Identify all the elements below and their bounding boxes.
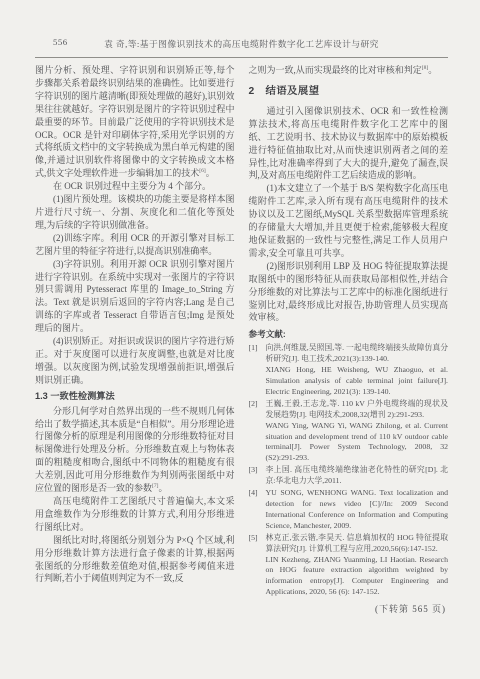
reference-line: XIANG Hong, HE Weisheng, WU Zhaoguo, et … — [266, 365, 449, 398]
paragraph: (2)训练字库。利用 OCR 的开源引擎对目标工艺图片里的特征字符进行,以提高识… — [35, 232, 235, 258]
reference-label: [3] — [249, 465, 266, 487]
reference-line: 林克正,张云锴,李昊天. 信息熵加权的 HOG 特征提取算法研究[J]. 计算机… — [266, 533, 449, 555]
reference-line: 王巍,王毅,王志龙,等. 110 kV 户外电缆终端的现状及发展趋势[J]. 电… — [266, 399, 449, 421]
paragraph: 之则为一致,从而实现最终的比对审核和判定[8]。 — [249, 64, 449, 77]
paragraph: 高压电缆附件工艺图纸尺寸普遍偏大,本文采用盒维数作为分形维数的计算方式,利用分形… — [35, 495, 235, 534]
reference-label: [2] — [249, 399, 266, 464]
paragraph: 图片分析、预处理、字符识别和识别矫正等,每个步骤都关系着最终识别结果的准确性。比… — [35, 64, 235, 180]
ref-heading: 参考文献: — [249, 329, 449, 340]
left-column: 图片分析、预处理、字符识别和识别矫正等,每个步骤都关系着最终识别结果的准确性。比… — [35, 64, 235, 624]
reference-item: [1]向洪,何维晟,吴照国,等. 一起电缆终端接头故障仿真分析研究[J]. 电工… — [249, 343, 449, 398]
continuation: (下转第 565 页) — [249, 603, 449, 615]
reference-line: LIN Kezheng, ZHANG Yuanming, LI Haotian.… — [266, 555, 449, 599]
reference-line: YU SONG, WENHONG WANG. Text localization… — [266, 488, 449, 532]
paragraph: 通过引入图像识别技术、OCR 和一致性检测算法技术,将高压电缆附件数字化工艺库中… — [249, 105, 449, 182]
paragraph: (1)图片预处理。该模块的功能主要是将样本图片进行尺寸统一、分割、灰度化和二值化… — [35, 193, 235, 232]
sub-heading: 1.3 一致性检测算法 — [35, 390, 235, 403]
paragraph: (4)识别矫正。对拒识或误识的图片字符进行矫正。对于灰度图可以进行灰度调整,也就… — [35, 335, 235, 387]
reference-body: 李上国. 高压电缆终端绝缘油老化特性的研究[D]. 北京:华北电力大学,2011… — [266, 465, 449, 487]
paragraph: (3)字符识别。利用开源 OCR 识别引擎对图片进行字符识别。在系统中实现对一张… — [35, 258, 235, 335]
paragraph: 图纸比对时,将图纸分别划分为 P×Q 个区域,利用分形维数计算方法进行盒子像素的… — [35, 534, 235, 586]
paragraph: (1)本文建立了一个基于 B/S 架构数字化高压电缆附件工艺库,录入所有现有高压… — [249, 182, 449, 259]
reference-line: 李上国. 高压电缆终端绝缘油老化特性的研究[D]. 北京:华北电力大学,2011… — [266, 465, 449, 487]
reference-body: YU SONG, WENHONG WANG. Text localization… — [266, 488, 449, 532]
reference-item: [2]王巍,王毅,王志龙,等. 110 kV 户外电缆终端的现状及发展趋势[J]… — [249, 399, 449, 464]
paper-page: 556 袁 奇,等:基于图像识别技术的高压电缆附件数字化工艺库设计与研究 图片分… — [0, 0, 480, 679]
reference-body: 向洪,何维晟,吴照国,等. 一起电缆终端接头故障仿真分析研究[J]. 电工技术,… — [266, 343, 449, 398]
reference-item: [3]李上国. 高压电缆终端绝缘油老化特性的研究[D]. 北京:华北电力大学,2… — [249, 465, 449, 487]
page-header: 556 袁 奇,等:基于图像识别技术的高压电缆附件数字化工艺库设计与研究 — [35, 37, 448, 51]
reference-line: WANG Ying, WANG Yi, WANG Zhilong, et al.… — [266, 421, 449, 465]
reference-label: [1] — [249, 343, 266, 398]
reference-item: [4]YU SONG, WENHONG WANG. Text localizat… — [249, 488, 449, 532]
paragraph: (2)图形识别利用 LBP 及 HOG 特征提取算法提取图纸中的图形特征从而获取… — [249, 260, 449, 325]
running-title: 袁 奇,等:基于图像识别技术的高压电缆附件数字化工艺库设计与研究 — [35, 37, 448, 50]
text-columns: 图片分析、预处理、字符识别和识别矫正等,每个步骤都关系着最终识别结果的准确性。比… — [35, 64, 448, 624]
reference-body: 林克正,张云锴,李昊天. 信息熵加权的 HOG 特征提取算法研究[J]. 计算机… — [266, 533, 449, 598]
reference-line: 向洪,何维晟,吴照国,等. 一起电缆终端接头故障仿真分析研究[J]. 电工技术,… — [266, 343, 449, 365]
reference-item: [5]林克正,张云锴,李昊天. 信息熵加权的 HOG 特征提取算法研究[J]. … — [249, 533, 449, 598]
reference-label: [5] — [249, 533, 266, 598]
header-rule — [35, 57, 448, 58]
paragraph: 在 OCR 识别过程中主要分为 4 个部分。 — [35, 180, 235, 193]
paragraph: 分形几何学对自然界出现的一些不规则几何体给出了数学描述,其本质是“自相似”。用分… — [35, 405, 235, 495]
section-heading: 2 结语及展望 — [249, 85, 449, 98]
right-column: 之则为一致,从而实现最终的比对审核和判定[8]。2 结语及展望通过引入图像识别技… — [249, 64, 449, 624]
reference-body: 王巍,王毅,王志龙,等. 110 kV 户外电缆终端的现状及发展趋势[J]. 电… — [266, 399, 449, 464]
reference-label: [4] — [249, 488, 266, 532]
